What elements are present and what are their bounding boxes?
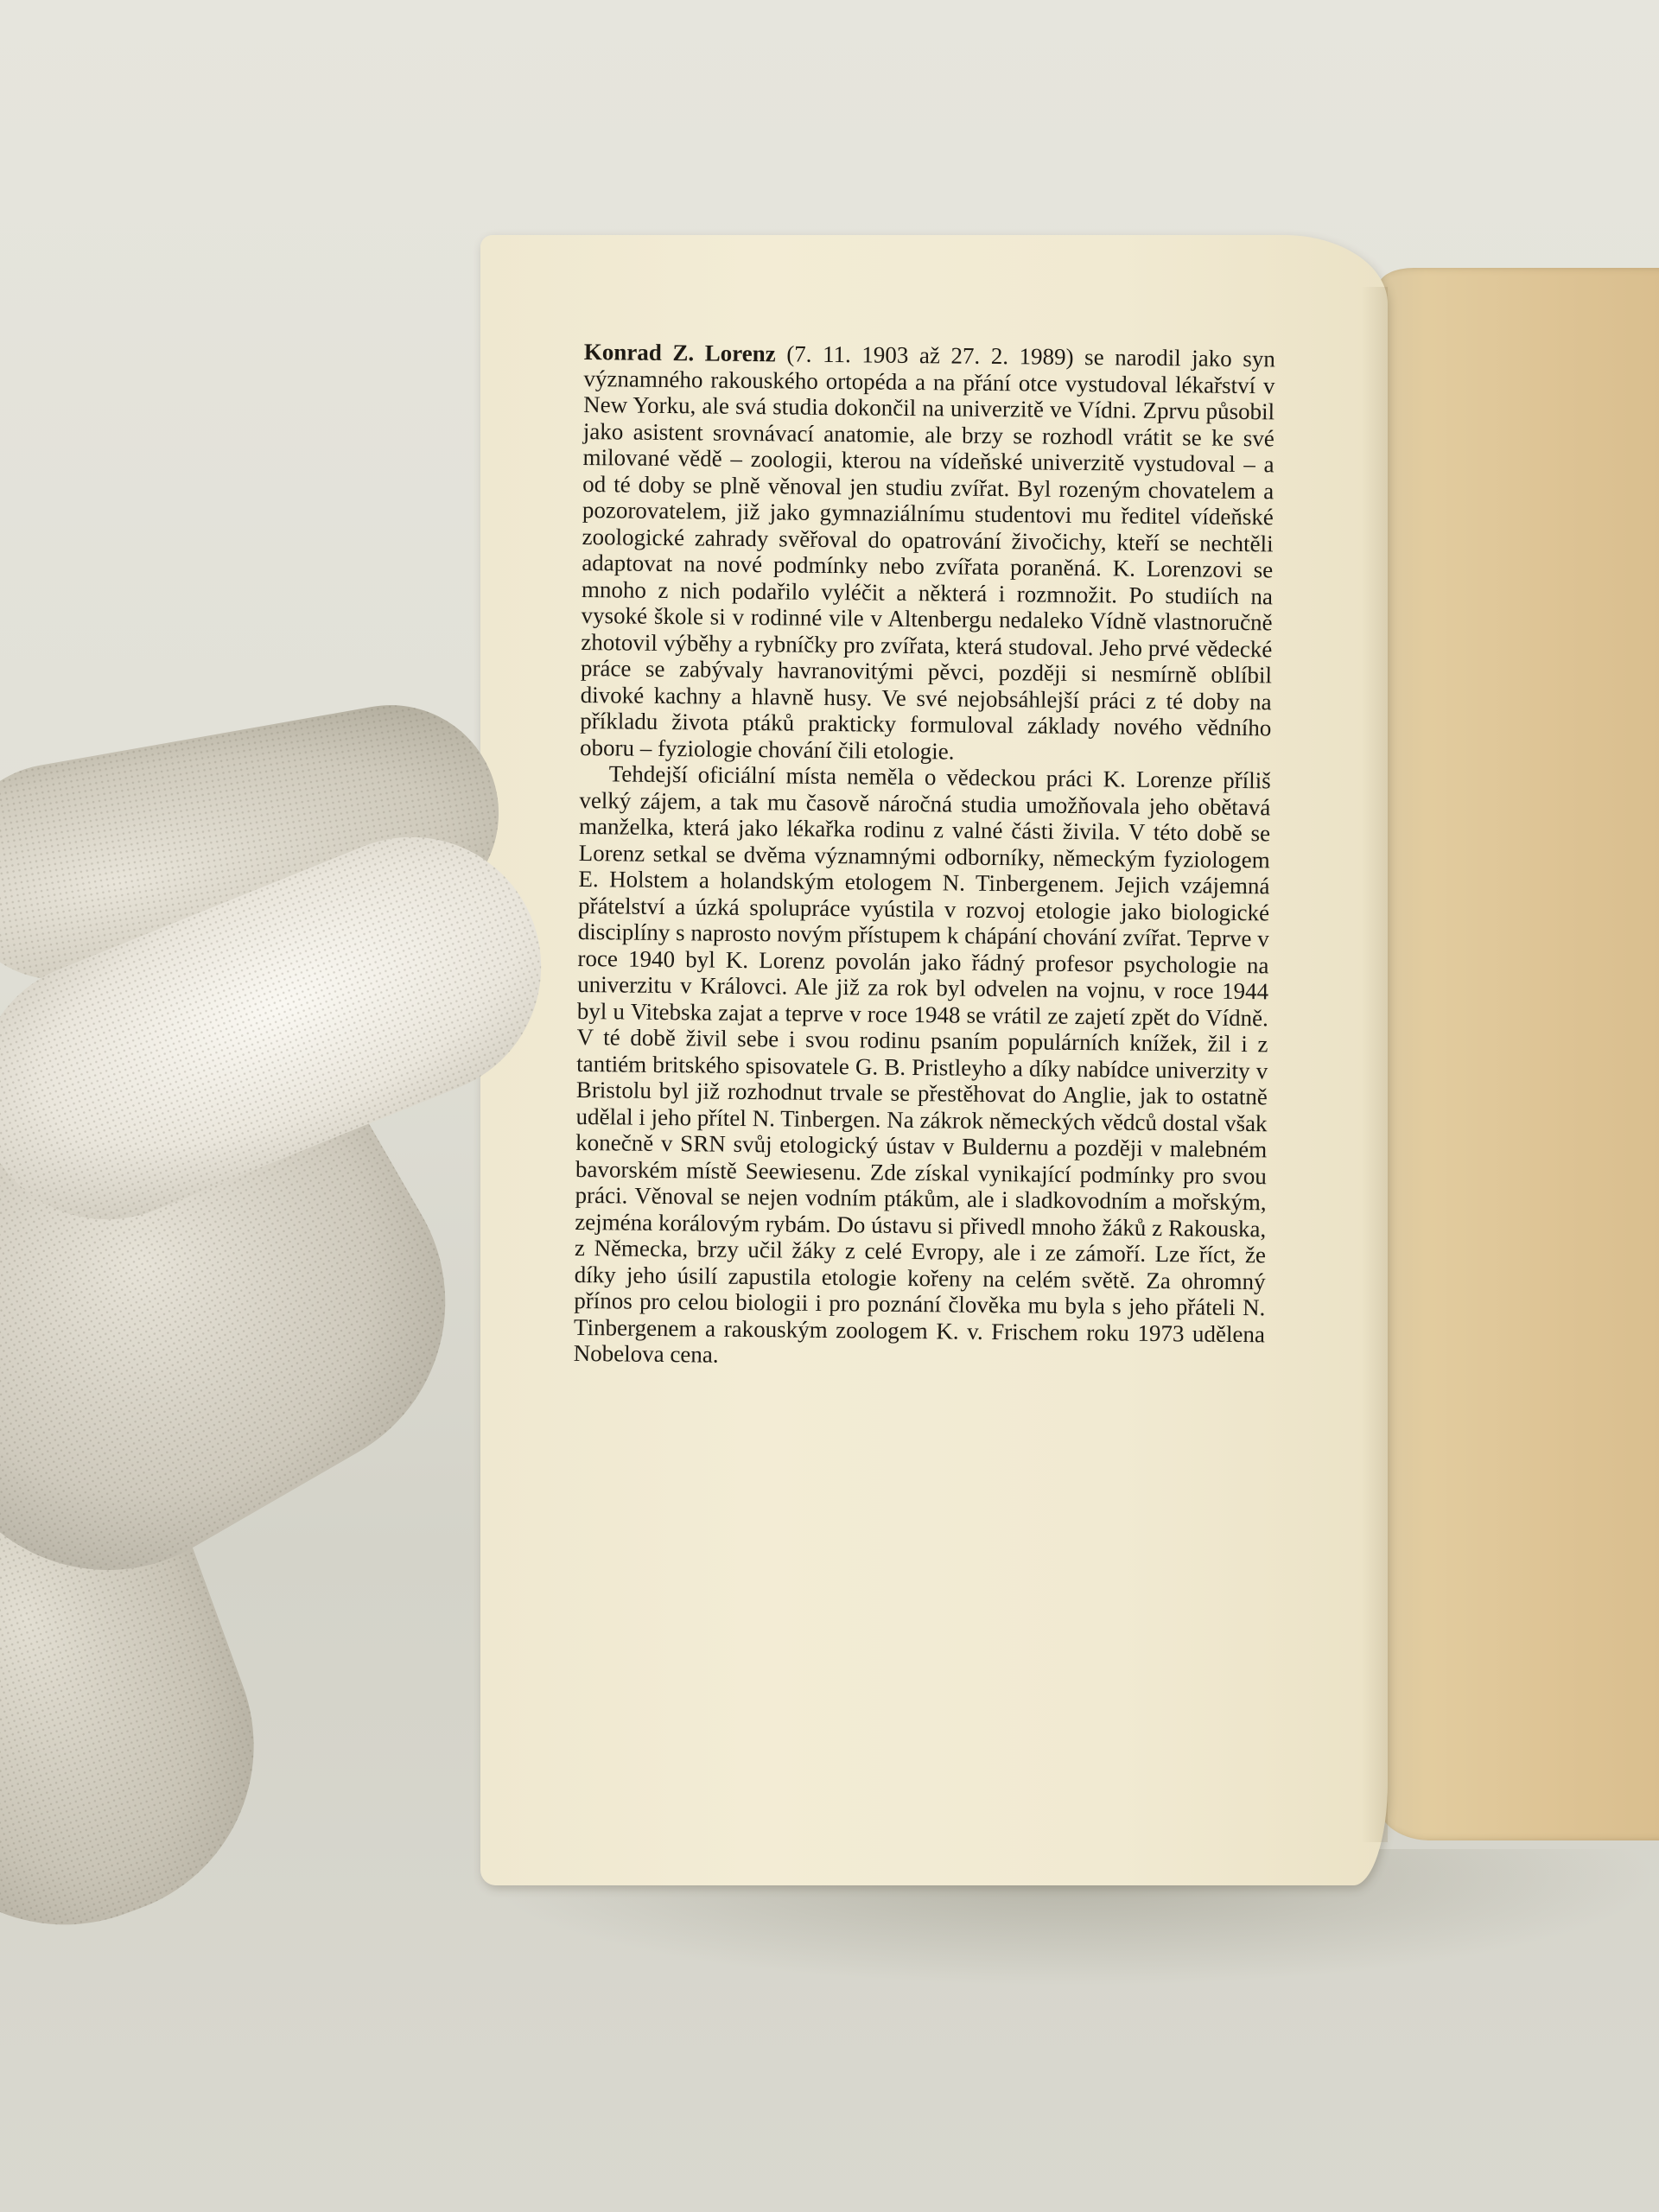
photo-scene: Konrad Z. Lorenz (7. 11. 1903 až 27. 2. … — [0, 0, 1659, 2212]
paragraph-1: Konrad Z. Lorenz (7. 11. 1903 až 27. 2. … — [580, 339, 1275, 767]
author-name: Konrad Z. Lorenz — [584, 339, 776, 366]
gloved-hand — [0, 717, 570, 1927]
paragraph-2: Tehdejší oficiální místa neměla o vědeck… — [574, 760, 1271, 1374]
paragraph-1-text: (7. 11. 1903 až 27. 2. 1989) se narodil … — [580, 340, 1275, 764]
right-page — [1379, 268, 1659, 1840]
page-text: Konrad Z. Lorenz (7. 11. 1903 až 27. 2. … — [574, 339, 1275, 1374]
